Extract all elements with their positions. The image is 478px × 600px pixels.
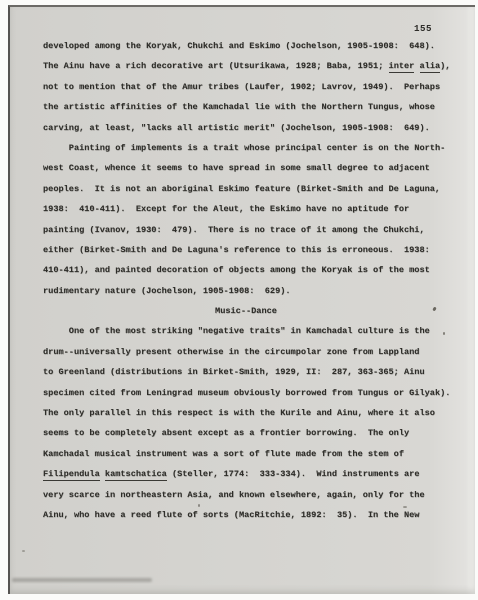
text-line: The Ainu have a rich decorative art (Uts… [43, 56, 449, 76]
text-line: The only parallel in this respect is wit… [43, 403, 449, 423]
underlined-term: Filipendula [43, 469, 100, 481]
text-line: painting (Ivanov, 1930: 479). There is n… [43, 220, 449, 240]
text-line: Painting of implements is a trait whose … [43, 138, 449, 158]
text-line: peoples. It is not an aboriginal Eskimo … [43, 179, 449, 199]
underlined-term: kamtschatica [105, 469, 167, 481]
text-line: not to mention that of the Amur tribes (… [43, 77, 449, 97]
page-number: 155 [414, 23, 432, 34]
text-line: carving, at least, "lacks all artistic m… [43, 118, 449, 138]
text-line: Kamchadal musical instrument was a sort … [43, 444, 449, 464]
text-line: One of the most striking "negative trait… [43, 321, 449, 341]
section-heading: Music--Dance [43, 301, 449, 321]
scan-speck [22, 550, 25, 552]
text-line: either (Birket-Smith and De Laguna's ref… [43, 240, 449, 260]
text-line: 410-411), and painted decoration of obje… [43, 260, 449, 280]
text-line: west Coast, whence it seems to have spre… [43, 158, 449, 178]
text-line: to Greenland (distributions in Birket-Sm… [43, 362, 449, 382]
text-line: developed among the Koryak, Chukchi and … [43, 36, 449, 56]
text-line: Filipendula kamtschatica (Steller, 1774:… [43, 464, 449, 484]
text-line: specimen cited from Leningrad museum obv… [43, 383, 449, 403]
document-body: developed among the Koryak, Chukchi and … [43, 36, 449, 525]
scan-speck [198, 504, 200, 507]
text-line: seems to be completely absent except as … [43, 423, 449, 443]
text-line: drum--universally present otherwise in t… [43, 342, 449, 362]
text-line: rudimentary nature (Jochelson, 1905-1908… [43, 281, 449, 301]
text-line: the artistic affinities of the Kamchadal… [43, 97, 449, 117]
text-line: 1938: 410-411). Except for the Aleut, th… [43, 199, 449, 219]
underlined-term: alia [420, 61, 441, 73]
scanned-page: 155 developed among the Koryak, Chukchi … [8, 5, 475, 594]
text-line: very scarce in northeastern Asia, and kn… [43, 485, 449, 505]
scan-edge-streak [12, 578, 152, 582]
text-line: Ainu, who have a reed flute of sorts (Ma… [43, 505, 449, 525]
underlined-term: inter [389, 61, 415, 73]
scan-speck [403, 506, 407, 508]
scan-speck [443, 332, 445, 335]
